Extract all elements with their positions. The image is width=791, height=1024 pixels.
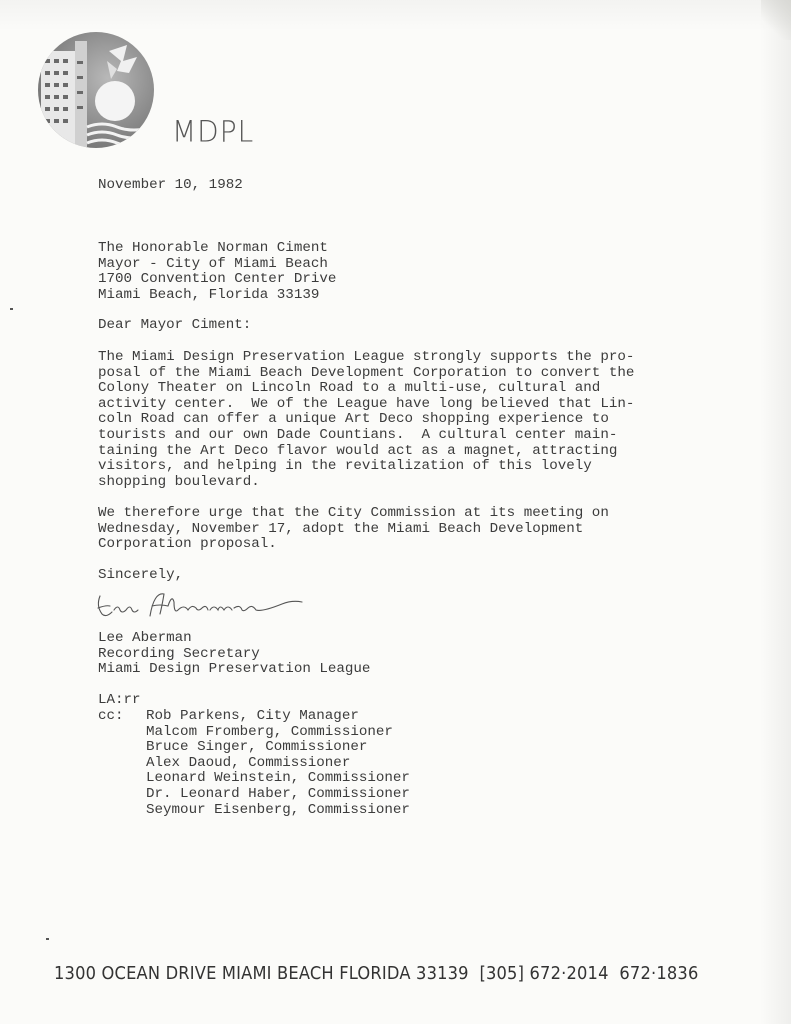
body-line: coln Road can offer a unique Art Deco sh… (98, 412, 634, 428)
body-line: Colony Theater on Lincoln Road to a mult… (98, 381, 634, 397)
body-line: Wednesday, November 17, adopt the Miami … (98, 522, 609, 538)
cc-list: Rob Parkens, City ManagerMalcom Fromberg… (146, 709, 410, 818)
page-corner-fold (761, 0, 791, 40)
body-line: visitors, and helping in the revitalizat… (98, 459, 634, 475)
scan-speck (46, 938, 49, 940)
cc-recipient: Malcom Fromberg, Commissioner (146, 725, 410, 741)
cc-recipient: Leonard Weinstein, Commissioner (146, 771, 410, 787)
cc-label: cc: (98, 709, 124, 725)
address-line: 1700 Convention Center Drive (98, 272, 336, 288)
reference-initials: LA:rr (98, 693, 141, 709)
address-line: The Honorable Norman Ciment (98, 241, 336, 257)
salutation: Dear Mayor Ciment: (98, 318, 251, 334)
body-line: posal of the Miami Beach Development Cor… (98, 366, 634, 382)
signer-block: Lee AbermanRecording SecretaryMiami Desi… (98, 631, 370, 678)
body-line: taining the Art Deco flavor would act as… (98, 444, 634, 460)
cc-recipient: Rob Parkens, City Manager (146, 709, 410, 725)
handwritten-signature (92, 588, 312, 622)
cc-recipient: Bruce Singer, Commissioner (146, 740, 410, 756)
cc-recipient: Alex Daoud, Commissioner (146, 756, 410, 772)
address-line: Mayor - City of Miami Beach (98, 257, 336, 273)
cc-recipient: Seymour Eisenberg, Commissioner (146, 803, 410, 819)
letter-date: November 10, 1982 (98, 178, 243, 194)
body-paragraph-1: The Miami Design Preservation League str… (98, 350, 634, 490)
closing: Sincerely, (98, 568, 183, 584)
mdpl-logo-icon (37, 31, 155, 149)
org-initials: MDPL (172, 114, 254, 149)
body-paragraph-2: We therefore urge that the City Commissi… (98, 506, 609, 553)
body-line: Corporation proposal. (98, 537, 609, 553)
recipient-address: The Honorable Norman CimentMayor - City … (98, 241, 336, 303)
letterhead-footer-address: 1300 OCEAN DRIVE MIAMI BEACH FLORIDA 331… (54, 964, 699, 984)
signer-name: Lee Aberman (98, 631, 370, 647)
scan-speck (10, 308, 13, 310)
address-line: Miami Beach, Florida 33139 (98, 288, 336, 304)
body-line: activity center. We of the League have l… (98, 397, 634, 413)
body-line: shopping boulevard. (98, 475, 634, 491)
cc-recipient: Dr. Leonard Haber, Commissioner (146, 787, 410, 803)
body-line: The Miami Design Preservation League str… (98, 350, 634, 366)
signer-title: Recording Secretary (98, 647, 370, 663)
body-line: tourists and our own Dade Countians. A c… (98, 428, 634, 444)
body-line: We therefore urge that the City Commissi… (98, 506, 609, 522)
signer-organization: Miami Design Preservation League (98, 662, 370, 678)
